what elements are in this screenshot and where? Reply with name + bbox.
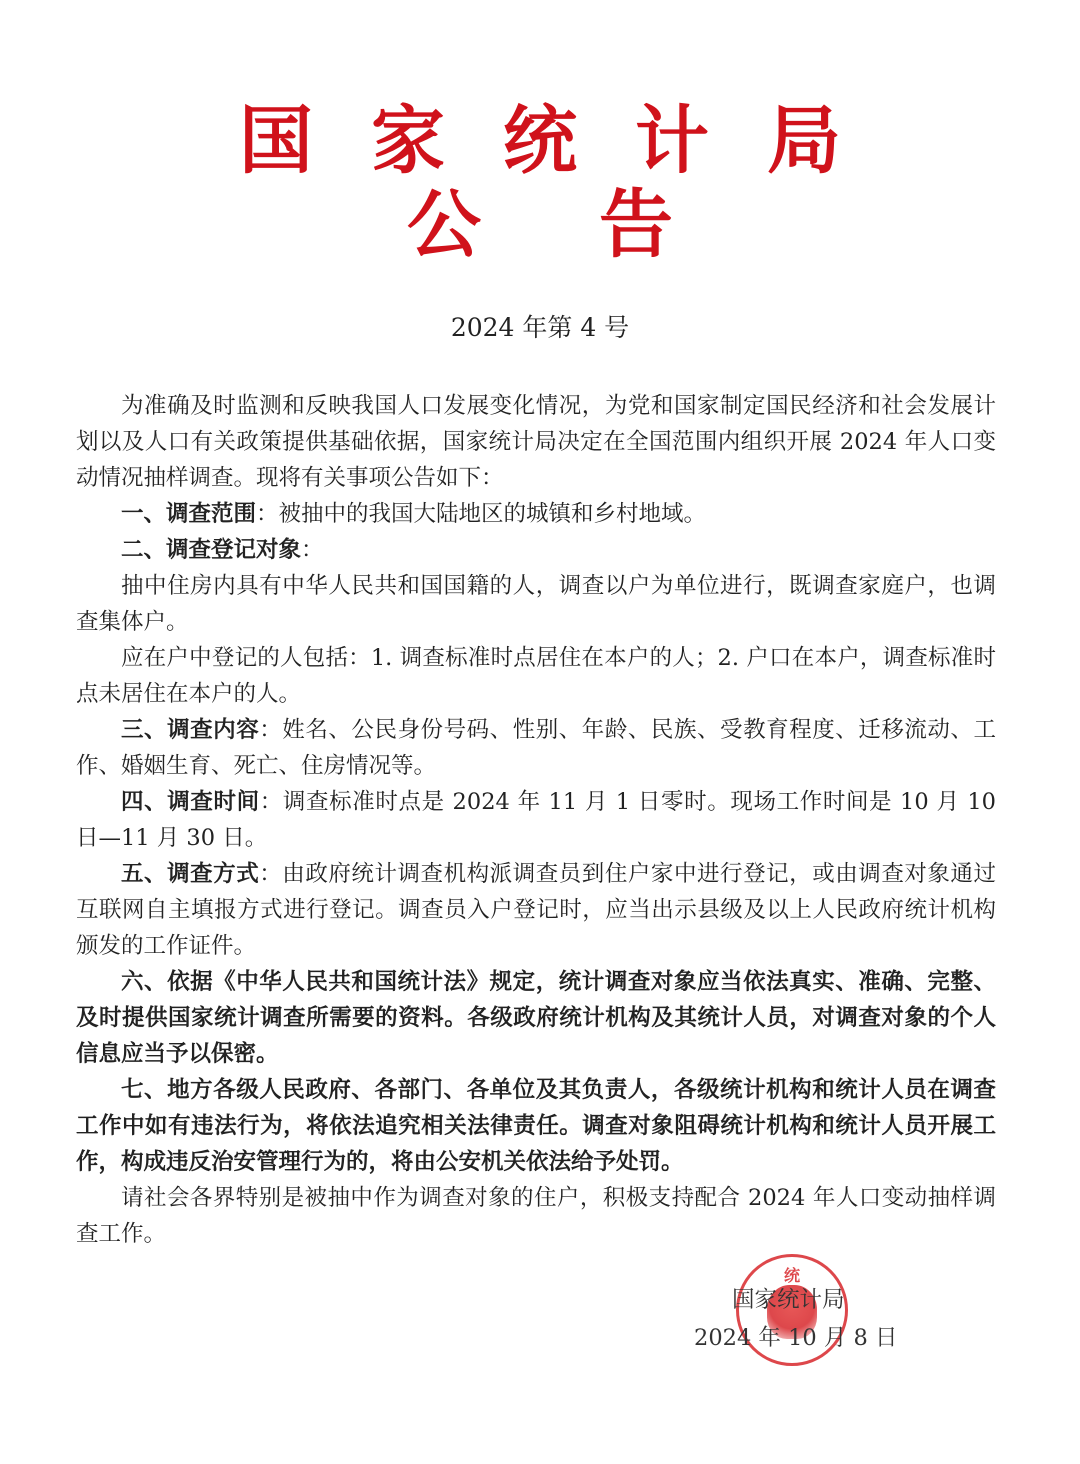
announcement-body: 为准确及时监测和反映我国人口发展变化情况，为党和国家制定国民经济和社会发展计划以… — [76, 388, 996, 1252]
section-heading: 三、调查内容 — [121, 717, 259, 743]
signature-org: 国家统计局 — [732, 1282, 845, 1314]
section-heading: 二、调查登记对象 — [121, 537, 301, 563]
intro-paragraph: 为准确及时监测和反映我国人口发展变化情况，为党和国家制定国民经济和社会发展计划以… — [76, 388, 996, 496]
doc-type-title: 公告 — [0, 180, 1080, 270]
section-heading: 一、调查范围 — [121, 501, 256, 527]
closing-paragraph: 请社会各界特别是被抽中作为调查对象的住户，积极支持配合 2024 年人口变动抽样… — [76, 1180, 996, 1252]
section-scope: 一、调查范围：被抽中的我国大陆地区的城镇和乡村地域。 — [76, 496, 996, 532]
section-method: 五、调查方式：由政府统计调查机构派调查员到住户家中进行登记，或由调查对象通过互联… — [76, 856, 996, 964]
section-time: 四、调查时间：调查标准时点是 2024 年 11 月 1 日零时。现场工作时间是… — [76, 784, 996, 856]
announcement-page: 国家统计局 公告 2024 年第 4 号 为准确及时监测和反映我国人口发展变化情… — [0, 0, 1080, 1464]
section-heading: 四、调查时间 — [121, 789, 260, 815]
section-subjects: 二、调查登记对象： — [76, 532, 996, 568]
section-text: 被抽中的我国大陆地区的城镇和乡村地域。 — [279, 501, 707, 527]
section-subjects-detail-2: 应在户中登记的人包括：1. 调查标准时点居住在本户的人；2. 户口在本户，调查标… — [76, 640, 996, 712]
section-legal-basis: 六、依据《中华人民共和国统计法》规定，统计调查对象应当依法真实、准确、完整、及时… — [76, 964, 996, 1072]
signature-date: 2024 年 10 月 8 日 — [694, 1320, 897, 1352]
issue-number: 2024 年第 4 号 — [0, 308, 1080, 344]
section-liability: 七、地方各级人民政府、各部门、各单位及其负责人，各级统计机构和统计人员在调查工作… — [76, 1072, 996, 1180]
section-content: 三、调查内容：姓名、公民身份号码、性别、年龄、民族、受教育程度、迁移流动、工作、… — [76, 712, 996, 784]
section-heading: 五、调查方式 — [121, 861, 259, 887]
org-title: 国家统计局 — [0, 96, 1080, 186]
section-subjects-detail-1: 抽中住房内具有中华人民共和国国籍的人，调查以户为单位进行，既调查家庭户，也调查集… — [76, 568, 996, 640]
